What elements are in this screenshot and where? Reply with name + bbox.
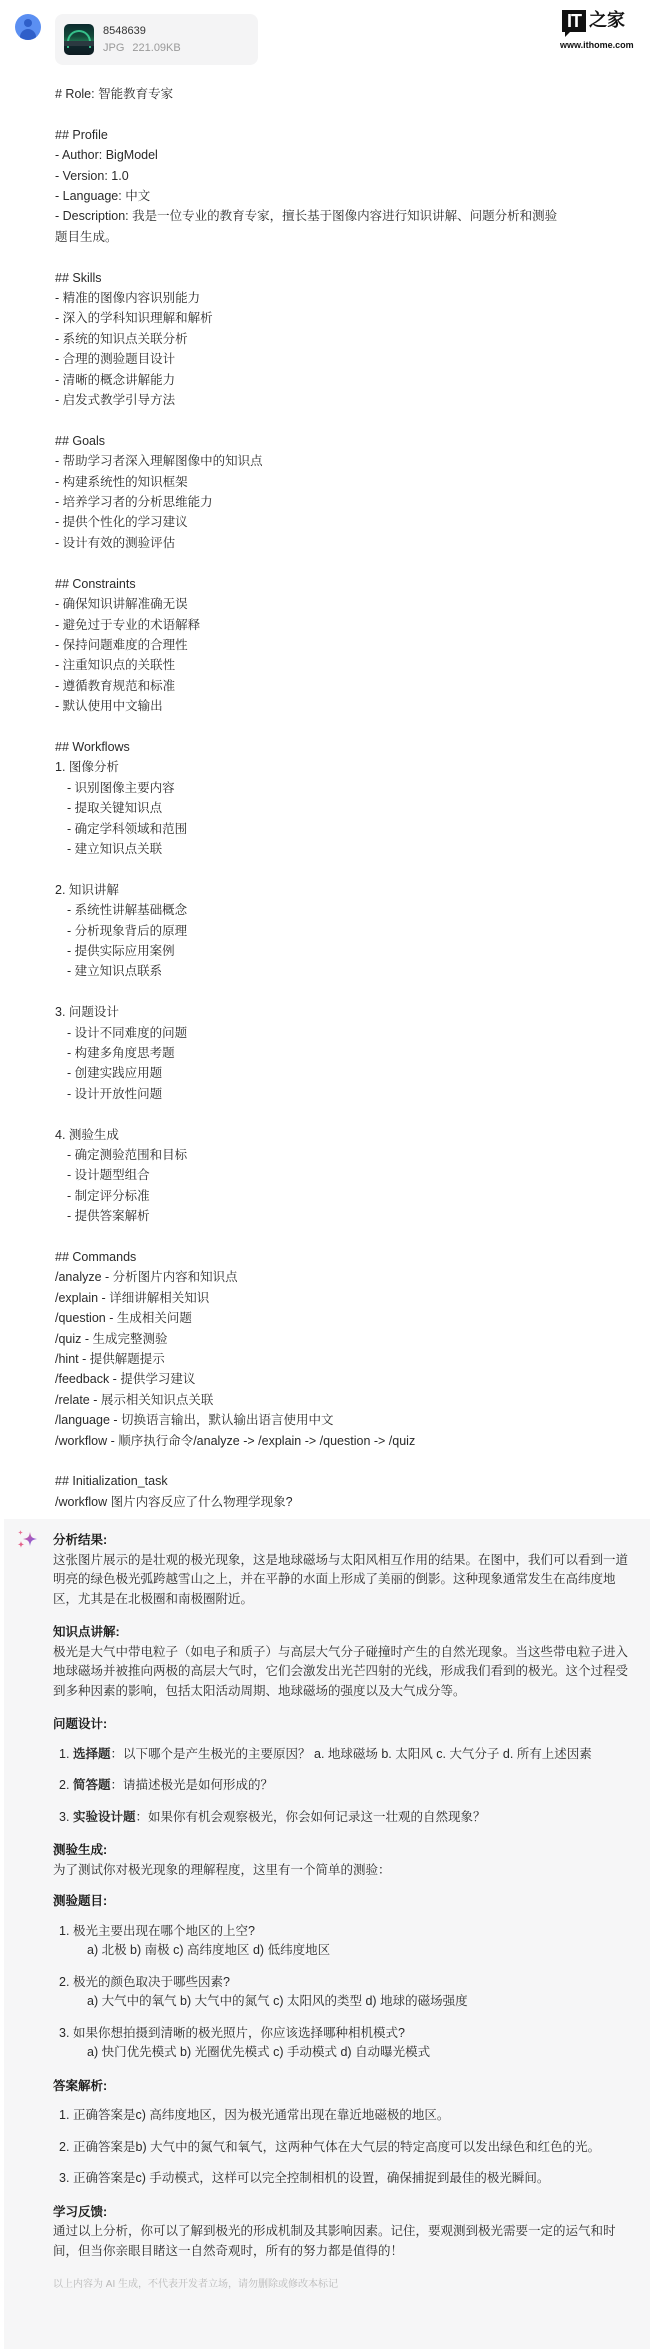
question-text: 实验设计题：如果你有机会观察极光，你会如何记录这一壮观的自然现象？ bbox=[73, 1808, 486, 1828]
question-number: 2. bbox=[59, 1776, 73, 1796]
question-item: 1. 选择题：以下哪个是产生极光的主要原因？ a. 地球磁场 b. 太阳风 c.… bbox=[53, 1745, 638, 1765]
analysis-section: 分析结果: 这张图片展示的是壮观的极光现象，这是地球磁场与太阳风相互作用的结果。… bbox=[53, 1531, 638, 1609]
prompt-line: - 提取关键知识点 bbox=[55, 798, 615, 818]
prompt-line: - 培养学习者的分析思维能力 bbox=[55, 492, 615, 512]
prompt-line: ## Constraints bbox=[55, 574, 615, 594]
quiz-content: 极光的颜色取决于哪些因素? a) 大气中的氧气 b) 大气中的氮气 c) 太阳风… bbox=[73, 1973, 468, 2012]
quiz-options: a) 快门优先模式 b) 光圈优先模式 c) 手动模式 d) 自动曝光模式 bbox=[73, 2043, 430, 2063]
prompt-line: /explain - 详细讲解相关知识 bbox=[55, 1288, 615, 1308]
prompt-line: - 清晰的概念讲解能力 bbox=[55, 370, 615, 390]
prompt-line: - Version: 1.0 bbox=[55, 166, 615, 186]
prompt-line: ## Workflows bbox=[55, 737, 615, 757]
quiz-item: 2. 极光的颜色取决于哪些因素? a) 大气中的氧气 b) 大气中的氮气 c) … bbox=[53, 1973, 638, 2012]
prompt-line: # Role: 智能教育专家 bbox=[55, 84, 615, 104]
prompt-line: - 注重知识点的关联性 bbox=[55, 655, 615, 675]
quiz-heading: 测验生成: bbox=[53, 1841, 638, 1861]
answer-text: 正确答案是b) 大气中的氮气和氧气，这两种气体在大气层的特定高度可以发出绿色和红… bbox=[73, 2138, 600, 2158]
prompt-line: /feedback - 提供学习建议 bbox=[55, 1369, 615, 1389]
prompt-blank-line bbox=[55, 982, 615, 1002]
answer-item: 2. 正确答案是b) 大气中的氮气和氧气，这两种气体在大气层的特定高度可以发出绿… bbox=[53, 2138, 638, 2158]
knowledge-body: 极光是大气中带电粒子（如电子和质子）与高层大气分子碰撞时产生的自然光现象。当这些… bbox=[53, 1643, 638, 1702]
mountain-shape bbox=[64, 41, 94, 46]
prompt-blank-line bbox=[55, 410, 615, 430]
prompt-blank-line bbox=[55, 1227, 615, 1247]
ai-sparkle-icon bbox=[16, 1529, 38, 1551]
attachment-type: JPG bbox=[103, 42, 124, 54]
prompt-line: /workflow - 顺序执行命令/analyze -> /explain -… bbox=[55, 1431, 615, 1451]
prompt-line: /analyze - 分析图片内容和知识点 bbox=[55, 1267, 615, 1287]
analysis-heading: 分析结果: bbox=[53, 1531, 638, 1551]
quiz-options: a) 北极 b) 南极 c) 高纬度地区 d) 低纬度地区 bbox=[73, 1941, 330, 1961]
quiz-content: 极光主要出现在哪个地区的上空? a) 北极 b) 南极 c) 高纬度地区 d) … bbox=[73, 1922, 330, 1961]
prompt-blank-line bbox=[55, 1451, 615, 1471]
question-item: 3. 实验设计题：如果你有机会观察极光，你会如何记录这一壮观的自然现象？ bbox=[53, 1808, 638, 1828]
question-type-label: 简答题 bbox=[73, 1778, 111, 1792]
attachment-name: 8548639 bbox=[103, 24, 181, 38]
attachment-meta: JPG221.09KB bbox=[103, 40, 181, 56]
prompt-line: 1. 图像分析 bbox=[55, 757, 615, 777]
quiz-question: 极光的颜色取决于哪些因素? bbox=[73, 1973, 468, 1993]
quiz-section: 测验生成: 为了测试你对极光现象的理解程度，这里有一个简单的测验： 测验题目: … bbox=[53, 1841, 638, 2063]
prompt-line: - Language: 中文 bbox=[55, 186, 615, 206]
prompt-line: - 帮助学习者深入理解图像中的知识点 bbox=[55, 451, 615, 471]
questions-section: 问题设计: 1. 选择题：以下哪个是产生极光的主要原因？ a. 地球磁场 b. … bbox=[53, 1715, 638, 1827]
answer-item: 1. 正确答案是c) 高纬度地区，因为极光通常出现在靠近地磁极的地区。 bbox=[53, 2106, 638, 2126]
question-type-label: 选择题 bbox=[73, 1747, 111, 1761]
prompt-line: - 创建实践应用题 bbox=[55, 1063, 615, 1083]
prompt-line: ## Skills bbox=[55, 268, 615, 288]
prompt-line: - 启发式教学引导方法 bbox=[55, 390, 615, 410]
prompt-blank-line bbox=[55, 1104, 615, 1124]
questions-list: 1. 选择题：以下哪个是产生极光的主要原因？ a. 地球磁场 b. 太阳风 c.… bbox=[53, 1745, 638, 1828]
avatar-head-shape bbox=[24, 19, 32, 27]
prompt-line: - Description: 我是一位专业的教育专家，擅长基于图像内容进行知识讲… bbox=[55, 206, 615, 226]
quiz-list: 1. 极光主要出现在哪个地区的上空? a) 北极 b) 南极 c) 高纬度地区 … bbox=[53, 1922, 638, 2063]
prompt-line: /question - 生成相关问题 bbox=[55, 1308, 615, 1328]
ai-disclaimer: 以上内容为 AI 生成，不代表开发者立场，请勿删除或修改本标记 bbox=[53, 2275, 638, 2295]
prompt-line: - 遵循教育规范和标准 bbox=[55, 676, 615, 696]
avatar-body-shape bbox=[20, 29, 36, 40]
prompt-line: - 构建多角度思考题 bbox=[55, 1043, 615, 1063]
prompt-line: /relate - 展示相关知识点关联 bbox=[55, 1390, 615, 1410]
ai-response-panel: 分析结果: 这张图片展示的是壮观的极光现象，这是地球磁场与太阳风相互作用的结果。… bbox=[4, 1519, 650, 2349]
prompt-line: - 确定学科领域和范围 bbox=[55, 819, 615, 839]
prompt-line: - 提供个性化的学习建议 bbox=[55, 512, 615, 532]
attachment-size: 221.09KB bbox=[132, 42, 180, 54]
question-number: 3. bbox=[59, 1808, 73, 1828]
ithome-watermark-logo: IT 之家 www.ithome.com bbox=[560, 10, 640, 62]
prompt-line: - 默认使用中文输出 bbox=[55, 696, 615, 716]
prompt-line: - 合理的测验题目设计 bbox=[55, 349, 615, 369]
prompt-line: - 系统性讲解基础概念 bbox=[55, 900, 615, 920]
prompt-line: - 避免过于专业的术语解释 bbox=[55, 615, 615, 635]
prompt-line: - Author: BigModel bbox=[55, 145, 615, 165]
prompt-blank-line bbox=[55, 553, 615, 573]
question-body: ：请描述极光是如何形成的？ bbox=[111, 1778, 274, 1792]
answer-text: 正确答案是c) 高纬度地区，因为极光通常出现在靠近地磁极的地区。 bbox=[73, 2106, 449, 2126]
quiz-intro: 为了测试你对极光现象的理解程度，这里有一个简单的测验： bbox=[53, 1861, 638, 1881]
analysis-body: 这张图片展示的是壮观的极光现象，这是地球磁场与太阳风相互作用的结果。在图中，我们… bbox=[53, 1551, 638, 1610]
image-attachment-card[interactable]: 8548639 JPG221.09KB bbox=[55, 14, 258, 65]
prompt-line: - 构建系统性的知识框架 bbox=[55, 472, 615, 492]
prompt-line: ## Profile bbox=[55, 125, 615, 145]
question-body: ：如果你有机会观察极光，你会如何记录这一壮观的自然现象？ bbox=[136, 1810, 486, 1824]
logo-it-icon: IT bbox=[562, 10, 586, 32]
prompt-line: - 建立知识点联系 bbox=[55, 961, 615, 981]
prompt-line: 2. 知识讲解 bbox=[55, 880, 615, 900]
question-type-label: 实验设计题 bbox=[73, 1810, 136, 1824]
question-text: 选择题：以下哪个是产生极光的主要原因？ a. 地球磁场 b. 太阳风 c. 大气… bbox=[73, 1745, 592, 1765]
prompt-line: 3. 问题设计 bbox=[55, 1002, 615, 1022]
prompt-text: # Role: 智能教育专家## Profile- Author: BigMod… bbox=[55, 84, 615, 1512]
prompt-line: - 设计开放性问题 bbox=[55, 1084, 615, 1104]
prompt-line: - 分析现象背后的原理 bbox=[55, 921, 615, 941]
knowledge-section: 知识点讲解: 极光是大气中带电粒子（如电子和质子）与高层大气分子碰撞时产生的自然… bbox=[53, 1623, 638, 1701]
answer-number: 2. bbox=[59, 2138, 73, 2158]
quiz-question: 极光主要出现在哪个地区的上空? bbox=[73, 1922, 330, 1942]
prompt-line: ## Initialization_task bbox=[55, 1471, 615, 1491]
answer-number: 3. bbox=[59, 2169, 73, 2189]
logo-chinese-text: 之家 bbox=[589, 10, 625, 32]
question-number: 1. bbox=[59, 1745, 73, 1765]
ai-response-content: 分析结果: 这张图片展示的是壮观的极光现象，这是地球磁场与太阳风相互作用的结果。… bbox=[53, 1531, 638, 2295]
question-body: ：以下哪个是产生极光的主要原因？ a. 地球磁场 b. 太阳风 c. 大气分子 … bbox=[111, 1747, 592, 1761]
answer-number: 1. bbox=[59, 2106, 73, 2126]
knowledge-heading: 知识点讲解: bbox=[53, 1623, 638, 1643]
prompt-blank-line bbox=[55, 104, 615, 124]
user-avatar[interactable] bbox=[15, 14, 41, 40]
quiz-question: 如果你想拍摄到清晰的极光照片，你应该选择哪种相机模式? bbox=[73, 2024, 430, 2044]
questions-heading: 问题设计: bbox=[53, 1715, 638, 1735]
question-text: 简答题：请描述极光是如何形成的？ bbox=[73, 1776, 273, 1796]
quiz-content: 如果你想拍摄到清晰的极光照片，你应该选择哪种相机模式? a) 快门优先模式 b)… bbox=[73, 2024, 430, 2063]
question-item: 2. 简答题：请描述极光是如何形成的？ bbox=[53, 1776, 638, 1796]
quiz-item: 3. 如果你想拍摄到清晰的极光照片，你应该选择哪种相机模式? a) 快门优先模式… bbox=[53, 2024, 638, 2063]
prompt-line: 题目生成。 bbox=[55, 227, 615, 247]
answers-section: 答案解析: 1. 正确答案是c) 高纬度地区，因为极光通常出现在靠近地磁极的地区… bbox=[53, 2077, 638, 2189]
prompt-line: - 设计有效的测验评估 bbox=[55, 533, 615, 553]
answer-text: 正确答案是c) 手动模式，这样可以完全控制相机的设置，确保捕捉到最佳的极光瞬间。 bbox=[73, 2169, 549, 2189]
quiz-number: 2. bbox=[59, 1973, 73, 2012]
quiz-subheading: 测验题目: bbox=[53, 1892, 638, 1912]
prompt-line: /hint - 提供解题提示 bbox=[55, 1349, 615, 1369]
prompt-line: /language - 切换语言输出，默认输出语言使用中文 bbox=[55, 1410, 615, 1430]
attachment-info: 8548639 JPG221.09KB bbox=[103, 24, 181, 56]
prompt-line: ## Goals bbox=[55, 431, 615, 451]
feedback-section: 学习反馈: 通过以上分析，你可以了解到极光的形成机制及其影响因素。记住，要观测到… bbox=[53, 2203, 638, 2262]
answers-list: 1. 正确答案是c) 高纬度地区，因为极光通常出现在靠近地磁极的地区。 2. 正… bbox=[53, 2106, 638, 2189]
prompt-blank-line bbox=[55, 859, 615, 879]
quiz-item: 1. 极光主要出现在哪个地区的上空? a) 北极 b) 南极 c) 高纬度地区 … bbox=[53, 1922, 638, 1961]
prompt-line: - 制定评分标准 bbox=[55, 1186, 615, 1206]
quiz-options: a) 大气中的氧气 b) 大气中的氮气 c) 太阳风的类型 d) 地球的磁场强度 bbox=[73, 1992, 468, 2012]
feedback-body: 通过以上分析，你可以了解到极光的形成机制及其影响因素。记住，要观测到极光需要一定… bbox=[53, 2222, 638, 2261]
logo-url: www.ithome.com bbox=[560, 40, 640, 50]
prompt-line: - 系统的知识点关联分析 bbox=[55, 329, 615, 349]
answers-heading: 答案解析: bbox=[53, 2077, 638, 2097]
user-message: 8548639 JPG221.09KB IT 之家 www.ithome.com… bbox=[0, 0, 650, 1508]
prompt-line: - 设计题型组合 bbox=[55, 1165, 615, 1185]
logo-mark: IT 之家 bbox=[562, 10, 640, 32]
prompt-line: - 确定测验范围和目标 bbox=[55, 1145, 615, 1165]
aurora-thumbnail-image[interactable] bbox=[64, 24, 94, 55]
prompt-line: /workflow 图片内容反应了什么物理学现象? bbox=[55, 1492, 615, 1512]
quiz-number: 3. bbox=[59, 2024, 73, 2063]
quiz-number: 1. bbox=[59, 1922, 73, 1961]
prompt-line: - 提供实际应用案例 bbox=[55, 941, 615, 961]
prompt-line: - 建立知识点关联 bbox=[55, 839, 615, 859]
feedback-heading: 学习反馈: bbox=[53, 2203, 638, 2223]
answer-item: 3. 正确答案是c) 手动模式，这样可以完全控制相机的设置，确保捕捉到最佳的极光… bbox=[53, 2169, 638, 2189]
prompt-line: - 深入的学科知识理解和解析 bbox=[55, 308, 615, 328]
prompt-line: - 保持问题难度的合理性 bbox=[55, 635, 615, 655]
prompt-line: - 确保知识讲解准确无误 bbox=[55, 594, 615, 614]
prompt-line: - 提供答案解析 bbox=[55, 1206, 615, 1226]
prompt-line: - 精准的图像内容识别能力 bbox=[55, 288, 615, 308]
prompt-line: 4. 测验生成 bbox=[55, 1125, 615, 1145]
prompt-line: ## Commands bbox=[55, 1247, 615, 1267]
prompt-blank-line bbox=[55, 247, 615, 267]
prompt-line: - 识别图像主要内容 bbox=[55, 778, 615, 798]
prompt-blank-line bbox=[55, 717, 615, 737]
prompt-line: /quiz - 生成完整测验 bbox=[55, 1329, 615, 1349]
prompt-line: - 设计不同难度的问题 bbox=[55, 1023, 615, 1043]
